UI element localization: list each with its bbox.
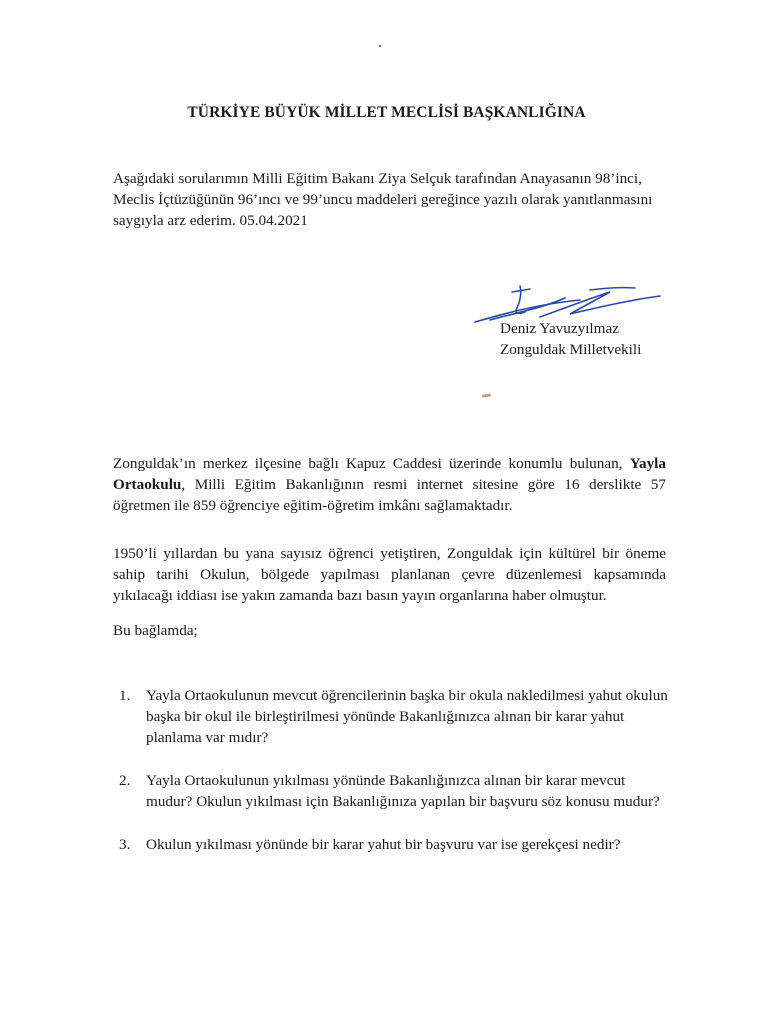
signer-name: Deniz Yavuzyılmaz <box>500 318 641 339</box>
question-item: 3. Okulun yıkılması yönünde bir karar ya… <box>113 834 673 855</box>
scan-speck <box>482 393 491 398</box>
scan-speck <box>379 45 381 47</box>
question-list: 1. Yayla Ortaokulunun mevcut öğrencileri… <box>113 685 673 877</box>
question-item: 2. Yayla Ortaokulunun yıkılması yönünde … <box>113 770 673 812</box>
signer-role: Zonguldak Milletvekili <box>500 339 641 360</box>
document-page: TÜRKİYE BÜYÜK MİLLET MECLİSİ BAŞKANLIĞIN… <box>0 0 773 1023</box>
body-paragraph-1: Zonguldak’ın merkez ilçesine bağlı Kapuz… <box>113 453 666 516</box>
document-title: TÜRKİYE BÜYÜK MİLLET MECLİSİ BAŞKANLIĞIN… <box>0 104 773 122</box>
question-item: 1. Yayla Ortaokulunun mevcut öğrencileri… <box>113 685 673 748</box>
intro-paragraph: Aşağıdaki sorularımın Milli Eğitim Bakan… <box>113 168 666 231</box>
body-paragraph-3: Bu bağlamda; <box>113 620 666 641</box>
body-paragraph-2: 1950’li yıllardan bu yana sayısız öğrenc… <box>113 543 666 606</box>
signature-block: Deniz Yavuzyılmaz Zonguldak Milletvekili <box>500 318 641 360</box>
